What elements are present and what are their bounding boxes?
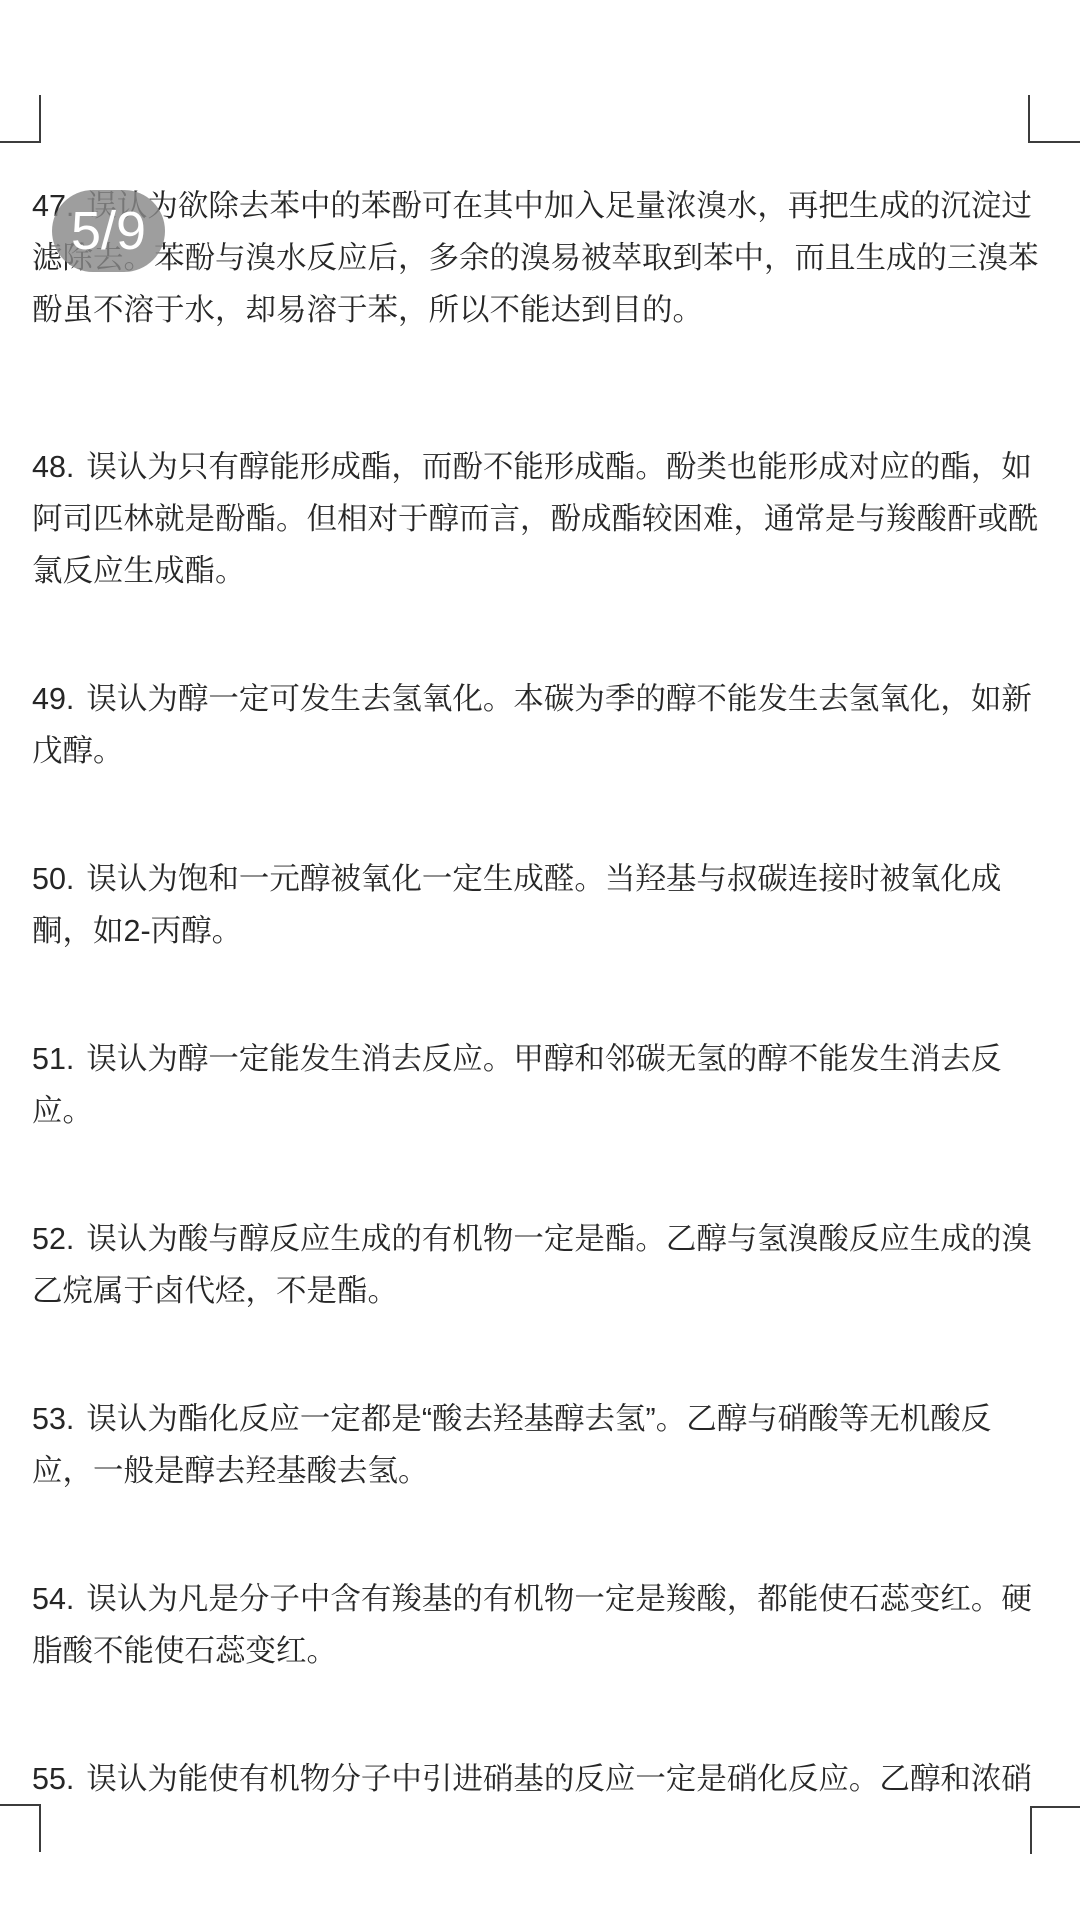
- crop-corner-bottom-right-icon: [1030, 1806, 1080, 1854]
- list-item: 50.误认为饱和一元醇被氧化一定生成醛。当羟基与叔碳连接时被氧化成酮，如2-丙醇…: [32, 853, 1052, 957]
- list-item: 54.误认为凡是分子中含有羧基的有机物一定是羧酸，都能使石蕊变红。硬脂酸不能使石…: [32, 1573, 1052, 1677]
- list-item: 48.误认为只有醇能形成酯，而酚不能形成酯。酚类也能形成对应的酯，如阿司匹林就是…: [32, 441, 1052, 597]
- document-body: 47.误认为欲除去苯中的苯酚可在其中加入足量浓溴水，再把生成的沉淀过滤除去。苯酚…: [0, 0, 1080, 1881]
- item-text: 误认为只有醇能形成酯，而酚不能形成酯。酚类也能形成对应的酯，如阿司匹林就是酚酯。…: [32, 450, 1039, 588]
- item-text: 误认为能使有机物分子中引进硝基的反应一定是硝化反应。乙醇和浓硝: [86, 1762, 1032, 1796]
- item-number: 51.: [32, 1042, 74, 1076]
- item-text: 误认为饱和一元醇被氧化一定生成醛。当羟基与叔碳连接时被氧化成酮，如2-丙醇。: [32, 862, 1001, 948]
- item-text: 误认为醇一定能发生消去反应。甲醇和邻碳无氢的醇不能发生消去反应。: [32, 1042, 1001, 1128]
- item-number: 52.: [32, 1222, 74, 1256]
- item-number: 54.: [32, 1582, 74, 1616]
- page-indicator-badge: 5/9: [52, 190, 165, 272]
- item-text: 误认为醇一定可发生去氢氧化。本碳为季的醇不能发生去氢氧化，如新戊醇。: [32, 682, 1032, 768]
- item-number: 49.: [32, 682, 74, 716]
- crop-corner-top-right-icon: [1028, 95, 1080, 143]
- crop-corner-bottom-left-icon: [0, 1804, 41, 1852]
- list-item: 55.误认为能使有机物分子中引进硝基的反应一定是硝化反应。乙醇和浓硝: [32, 1753, 1052, 1805]
- item-text: 误认为酯化反应一定都是“酸去羟基醇去氢”。乙醇与硝酸等无机酸反应，一般是醇去羟基…: [32, 1402, 991, 1488]
- list-item: 49.误认为醇一定可发生去氢氧化。本碳为季的醇不能发生去氢氧化，如新戊醇。: [32, 673, 1052, 777]
- item-number: 50.: [32, 862, 74, 896]
- item-number: 53.: [32, 1402, 74, 1436]
- item-number: 48.: [32, 450, 74, 484]
- item-number: 55.: [32, 1762, 74, 1796]
- crop-corner-top-left-icon: [0, 95, 41, 143]
- list-item: 52.误认为酸与醇反应生成的有机物一定是酯。乙醇与氢溴酸反应生成的溴乙烷属于卤代…: [32, 1213, 1052, 1317]
- item-text: 误认为酸与醇反应生成的有机物一定是酯。乙醇与氢溴酸反应生成的溴乙烷属于卤代烃，不…: [32, 1222, 1032, 1308]
- item-text: 误认为欲除去苯中的苯酚可在其中加入足量浓溴水，再把生成的沉淀过滤除去。苯酚与溴水…: [32, 189, 1039, 327]
- list-item: 47.误认为欲除去苯中的苯酚可在其中加入足量浓溴水，再把生成的沉淀过滤除去。苯酚…: [32, 180, 1052, 336]
- list-item: 53.误认为酯化反应一定都是“酸去羟基醇去氢”。乙醇与硝酸等无机酸反应，一般是醇…: [32, 1393, 1052, 1497]
- list-item: 51.误认为醇一定能发生消去反应。甲醇和邻碳无氢的醇不能发生消去反应。: [32, 1033, 1052, 1137]
- item-text: 误认为凡是分子中含有羧基的有机物一定是羧酸，都能使石蕊变红。硬脂酸不能使石蕊变红…: [32, 1582, 1032, 1668]
